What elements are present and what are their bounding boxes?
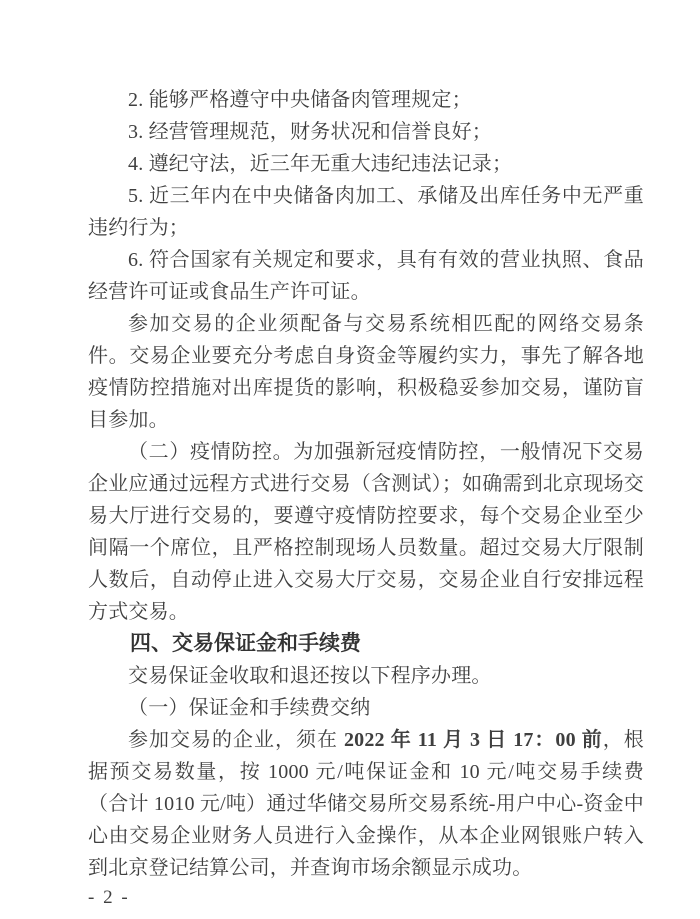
subsection-heading-deposit-payment: （一）保证金和手续费交纳 — [88, 692, 644, 724]
document-body: 2. 能够严格遵守中央储备肉管理规定； 3. 经营管理规范，财务状况和信誉良好；… — [88, 84, 644, 884]
text-segment: ，根据预交易数量，按 1000 元/吨保证金和 10 元/吨交易手续费（合计 1… — [88, 729, 644, 879]
list-item-5: 5. 近三年内在中央储备肉加工、承储及出库任务中无严重违约行为； — [88, 180, 644, 244]
document-page: 2. 能够严格遵守中央储备肉管理规定； 3. 经营管理规范，财务状况和信誉良好；… — [0, 0, 700, 919]
list-item-2: 2. 能够严格遵守中央储备肉管理规定； — [88, 84, 644, 116]
deadline-emphasis-text: 2022 年 11 月 3 日 17：00 前 — [344, 729, 603, 751]
page-number: - 2 - — [88, 884, 130, 912]
section-heading-deposit-and-fees: 四、交易保证金和手续费 — [88, 628, 644, 660]
text-segment: 参加交易的企业，须在 — [128, 729, 344, 751]
paragraph-deposit-procedure-intro: 交易保证金收取和退还按以下程序办理。 — [88, 660, 644, 692]
paragraph-deposit-payment-details: 参加交易的企业，须在 2022 年 11 月 3 日 17：00 前，根据预交易… — [88, 724, 644, 884]
list-item-4: 4. 遵纪守法，近三年无重大违纪违法记录； — [88, 148, 644, 180]
paragraph-epidemic-control: （二）疫情防控。为加强新冠疫情防控，一般情况下交易企业应通过远程方式进行交易（含… — [88, 436, 644, 628]
list-item-6: 6. 符合国家有关规定和要求，具有有效的营业执照、食品经营许可证或食品生产许可证… — [88, 244, 644, 308]
paragraph-network-trading-conditions: 参加交易的企业须配备与交易系统相匹配的网络交易条件。交易企业要充分考虑自身资金等… — [88, 308, 644, 436]
list-item-3: 3. 经营管理规范，财务状况和信誉良好； — [88, 116, 644, 148]
